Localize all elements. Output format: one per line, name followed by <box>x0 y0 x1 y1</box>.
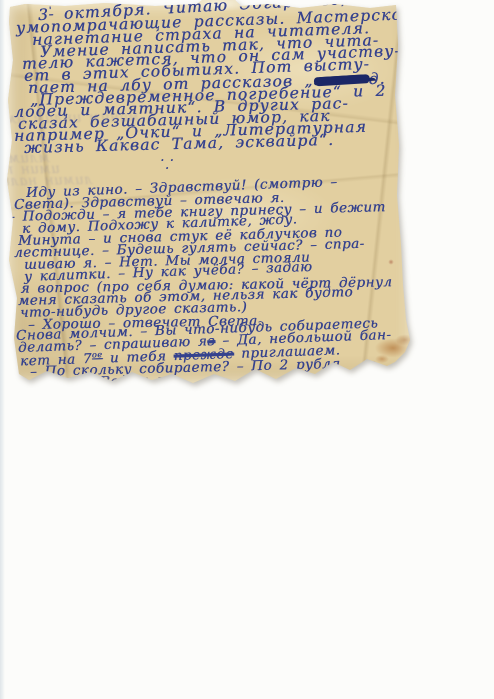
text-segment: Вот и м… <box>100 372 182 390</box>
ink-bleed-smudge: лимин налим минал <box>0 172 93 191</box>
scan-background: 3' октября. Читаю Эдгара По, егоумопомра… <box>0 0 494 699</box>
paper-scrap: 3' октября. Читаю Эдгара По, егоумопомра… <box>5 0 415 386</box>
torn-partial-line: Вот и м… <box>100 372 182 390</box>
text-segment: ое <box>92 349 103 359</box>
paper-shadow-wrap: 3' октября. Читаю Эдгара По, егоумопомра… <box>5 0 415 386</box>
section-divider-dots: · · · <box>160 156 174 172</box>
text-segment: лимин налим минал <box>0 172 93 191</box>
